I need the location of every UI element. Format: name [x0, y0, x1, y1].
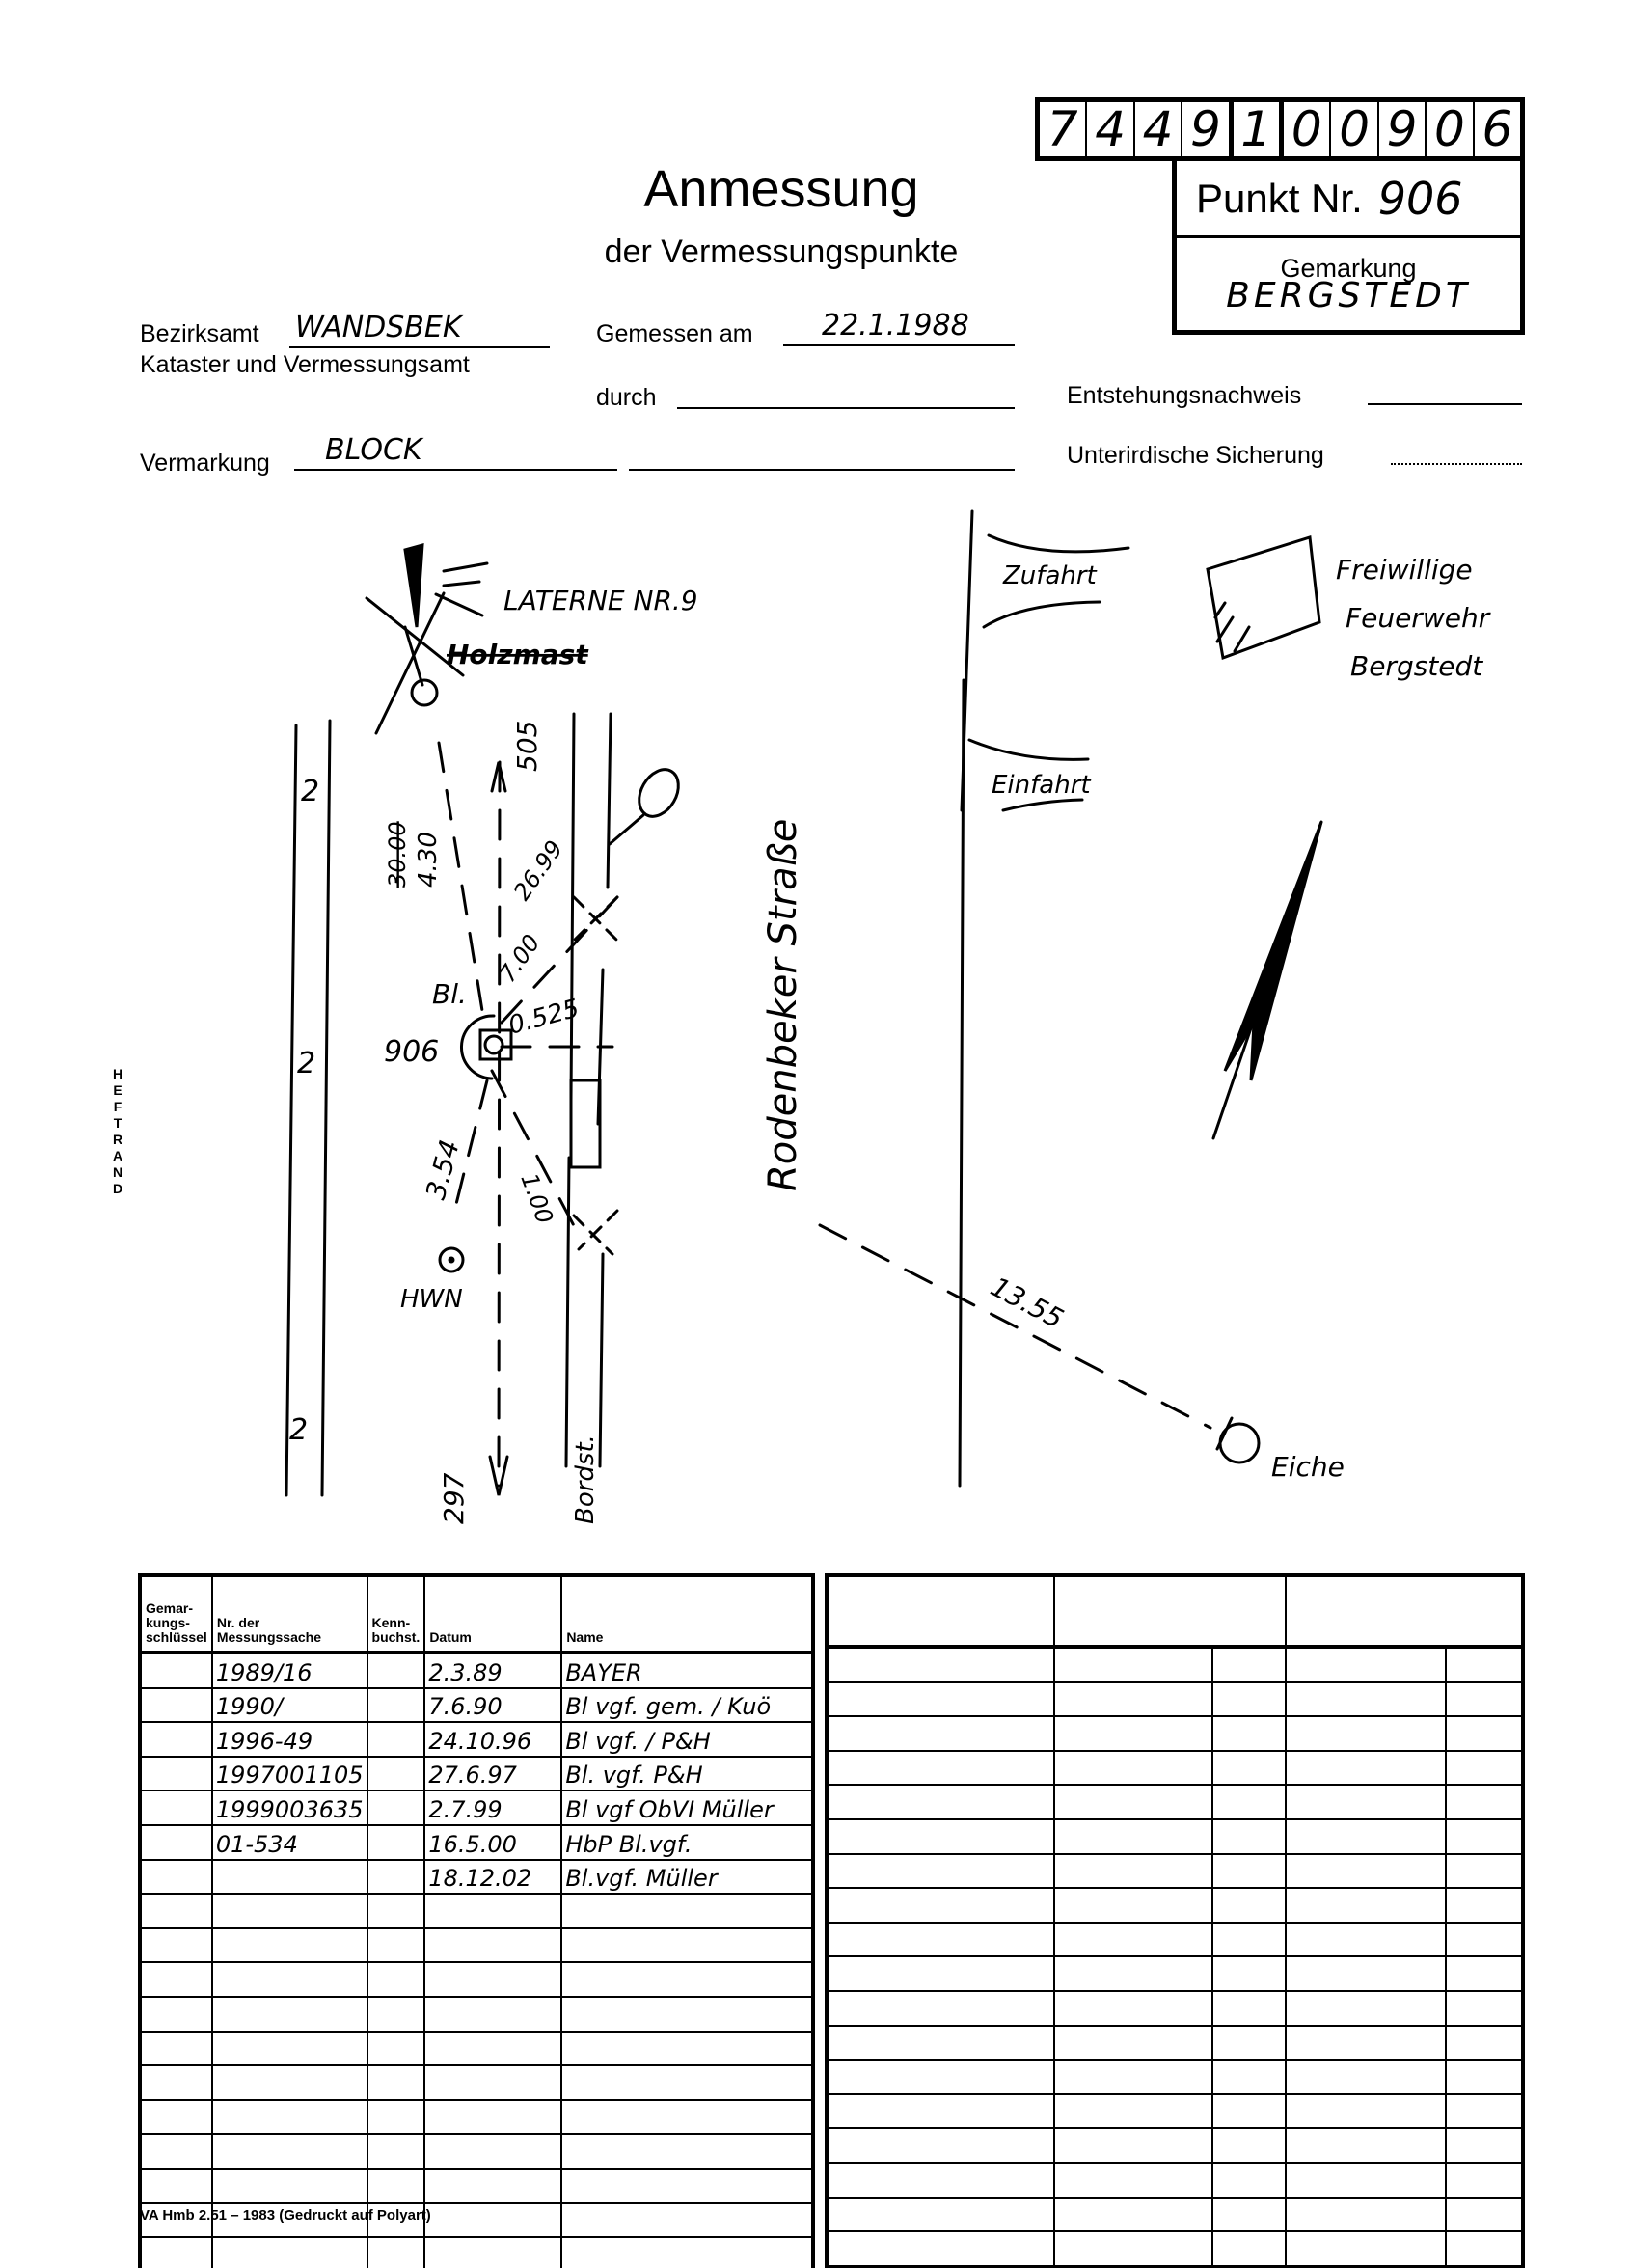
column-header: Kenn-buchst.: [367, 1575, 425, 1653]
table-cell[interactable]: [424, 1894, 561, 1928]
curb-number: 2: [297, 1047, 315, 1080]
table-cell[interactable]: [827, 2026, 1054, 2061]
tree-symbol-icon: [631, 762, 686, 823]
table-cell[interactable]: [367, 1997, 425, 2032]
table-cell[interactable]: [1054, 1956, 1212, 1991]
column-header: Name: [561, 1575, 813, 1653]
table-cell[interactable]: [827, 2128, 1054, 2163]
table-row: [140, 2237, 813, 2268]
table-cell[interactable]: [1212, 1956, 1286, 1991]
distance-lamp-struck: 30.00: [384, 821, 411, 888]
table-cell[interactable]: [561, 2134, 813, 2169]
feuerwehr-label-1: Freiwillige: [1336, 554, 1473, 586]
table-cell[interactable]: 1990/: [212, 1688, 367, 1723]
table-cell[interactable]: [827, 2094, 1054, 2129]
table-cell[interactable]: [561, 2203, 813, 2238]
table-cell[interactable]: [1212, 2128, 1286, 2163]
table-cell[interactable]: [140, 2134, 212, 2169]
table-cell[interactable]: [367, 1825, 425, 1860]
table-cell[interactable]: [1054, 2231, 1212, 2267]
table-cell[interactable]: [561, 2100, 813, 2135]
table-cell[interactable]: [1286, 1854, 1446, 1889]
table-cell[interactable]: [140, 2237, 212, 2268]
table-cell[interactable]: [1446, 1923, 1523, 1957]
table-cell[interactable]: [212, 1997, 367, 2032]
table-cell[interactable]: 01-534: [212, 1825, 367, 1860]
table-cell[interactable]: [1054, 1819, 1212, 1854]
table-cell[interactable]: [1446, 2163, 1523, 2198]
table-cell[interactable]: 24.10.96: [424, 1722, 561, 1757]
header-cell: [1054, 1575, 1286, 1647]
table-cell[interactable]: [212, 2237, 367, 2268]
table-cell[interactable]: [367, 1790, 425, 1825]
table-cell[interactable]: [1212, 1682, 1286, 1717]
table-cell[interactable]: [1054, 2026, 1212, 2061]
supplementary-table-header: [827, 1575, 1523, 1647]
table-row: [140, 2169, 813, 2203]
table-cell[interactable]: [561, 1894, 813, 1928]
table-cell[interactable]: BAYER: [561, 1653, 813, 1688]
zufahrt-label: Zufahrt: [1002, 561, 1098, 590]
driveway-curve: [989, 535, 1128, 552]
table-row: [827, 1923, 1523, 1957]
curb-number: 2: [289, 1413, 308, 1447]
north-arrow-icon: [1213, 822, 1321, 1138]
table-cell[interactable]: [1446, 2060, 1523, 2094]
table-cell[interactable]: [1212, 1647, 1286, 1682]
table-row: [140, 1962, 813, 1997]
table-cell[interactable]: [424, 1928, 561, 1963]
curb-number: 2: [301, 775, 319, 808]
table-cell[interactable]: [1286, 1785, 1446, 1819]
table-cell[interactable]: [827, 2198, 1054, 2232]
table-row: 1990/7.6.90Bl vgf. gem. / Kuö: [140, 1688, 813, 1723]
table-row: [827, 2060, 1523, 2094]
table-cell[interactable]: [827, 1647, 1054, 1682]
table-cell[interactable]: Bl. vgf. P&H: [561, 1757, 813, 1791]
table-cell[interactable]: [1286, 1888, 1446, 1923]
bordstein-label: Bordst.: [571, 1435, 600, 1524]
hwn-label: HWN: [400, 1285, 463, 1314]
table-cell[interactable]: [1212, 1716, 1286, 1751]
table-cell[interactable]: [367, 1860, 425, 1895]
table-cell[interactable]: 18.12.02: [424, 1860, 561, 1895]
table-cell[interactable]: [1054, 1991, 1212, 2026]
table-cell[interactable]: [1286, 2060, 1446, 2094]
table-row: [827, 1991, 1523, 2026]
history-table: Gemar-kungs-schlüsselNr. derMessungssach…: [138, 1573, 815, 2268]
table-cell[interactable]: [424, 2100, 561, 2135]
table-cell[interactable]: [1212, 2231, 1286, 2267]
table-cell[interactable]: [424, 2134, 561, 2169]
table-cell[interactable]: [1054, 1923, 1212, 1957]
table-cell[interactable]: [1286, 2163, 1446, 2198]
distance-diag-mid: 7.00: [494, 930, 546, 988]
table-cell[interactable]: [212, 1962, 367, 1997]
table-cell[interactable]: [1286, 2026, 1446, 2061]
table-cell[interactable]: [1446, 1956, 1523, 1991]
table-cell[interactable]: [1286, 1716, 1446, 1751]
table-cell[interactable]: [367, 2134, 425, 2169]
history-table-header: Gemar-kungs-schlüsselNr. derMessungssach…: [140, 1575, 813, 1653]
table-cell[interactable]: [424, 2203, 561, 2238]
table-cell[interactable]: [827, 1819, 1054, 1854]
column-header: Gemar-kungs-schlüssel: [140, 1575, 212, 1653]
table-cell[interactable]: [424, 2169, 561, 2203]
table-row: [827, 2163, 1523, 2198]
distance-north: 505: [511, 721, 543, 772]
table-cell[interactable]: [1054, 1682, 1212, 1717]
table-cell[interactable]: [140, 1894, 212, 1928]
table-cell[interactable]: 16.5.00: [424, 1825, 561, 1860]
table-cell[interactable]: [140, 1860, 212, 1895]
table-row: [140, 2134, 813, 2169]
table-cell[interactable]: Bl.vgf. Müller: [561, 1860, 813, 1895]
table-cell[interactable]: [140, 1653, 212, 1688]
table-cell[interactable]: [1446, 1991, 1523, 2026]
distance-diag-lower: 1.00: [515, 1169, 558, 1227]
table-cell[interactable]: [1446, 1785, 1523, 1819]
table-cell[interactable]: 1999003635: [212, 1790, 367, 1825]
table-cell[interactable]: [1286, 1923, 1446, 1957]
survey-sketch: 2 2 2 LATERNE NR.9 Holzmast: [0, 0, 1631, 1563]
table-row: 19990036352.7.99Bl vgf ObVI Müller: [140, 1790, 813, 1825]
holzmast-label: Holzmast: [447, 639, 589, 670]
table-row: [827, 2094, 1523, 2129]
table-row: [140, 1928, 813, 1963]
table-cell[interactable]: [140, 1997, 212, 2032]
table-row: 1989/162.3.89BAYER: [140, 1653, 813, 1688]
table-cell[interactable]: [1054, 2163, 1212, 2198]
table-cell[interactable]: [1212, 2198, 1286, 2232]
table-cell[interactable]: [1054, 1785, 1212, 1819]
table-cell[interactable]: [140, 2100, 212, 2135]
table-cell[interactable]: [140, 1757, 212, 1791]
table-cell[interactable]: [1054, 2128, 1212, 2163]
table-cell[interactable]: [1446, 1819, 1523, 1854]
table-row: 1996-4924.10.96Bl vgf. / P&H: [140, 1722, 813, 1757]
table-cell[interactable]: Bl vgf. / P&H: [561, 1722, 813, 1757]
table-cell[interactable]: [1286, 2094, 1446, 2129]
crossing-markers: [574, 897, 617, 1254]
fire-station-building-icon: [1208, 537, 1319, 658]
table-cell[interactable]: 1996-49: [212, 1722, 367, 1757]
table-cell[interactable]: [1212, 1751, 1286, 1786]
table-row: [827, 2128, 1523, 2163]
table-cell[interactable]: [827, 1751, 1054, 1786]
table-cell[interactable]: [367, 1928, 425, 1963]
table-cell[interactable]: [1212, 2060, 1286, 2094]
table-cell[interactable]: [1286, 1819, 1446, 1854]
table-cell[interactable]: [367, 1653, 425, 1688]
table-cell[interactable]: [212, 1894, 367, 1928]
distance-diag-upper: 26.99: [508, 835, 568, 905]
driveway-curve: [984, 602, 1100, 627]
table-cell[interactable]: [1212, 1785, 1286, 1819]
distance-to-oak: 13.55: [986, 1271, 1069, 1335]
table-cell[interactable]: [561, 1997, 813, 2032]
table-cell[interactable]: 1989/16: [212, 1653, 367, 1688]
table-row: [827, 1888, 1523, 1923]
table-cell[interactable]: [827, 1716, 1054, 1751]
table-cell[interactable]: [367, 1722, 425, 1757]
table-cell[interactable]: [561, 1962, 813, 1997]
table-cell[interactable]: [561, 2169, 813, 2203]
table-cell[interactable]: [1286, 2231, 1446, 2267]
column-header: Nr. derMessungssache: [212, 1575, 367, 1653]
table-cell[interactable]: [424, 1997, 561, 2032]
distance-lamp: 4.30: [414, 832, 443, 888]
table-cell[interactable]: [424, 2237, 561, 2268]
driveway-curve: [1003, 800, 1082, 810]
table-cell[interactable]: [367, 1894, 425, 1928]
table-cell[interactable]: [827, 1923, 1054, 1957]
table-cell[interactable]: [212, 2169, 367, 2203]
table-row: [827, 1647, 1523, 1682]
table-cell[interactable]: [212, 2100, 367, 2135]
table-row: 199700110527.6.97Bl. vgf. P&H: [140, 1757, 813, 1791]
table-cell[interactable]: [367, 2065, 425, 2100]
table-cell[interactable]: [1446, 2231, 1523, 2267]
eiche-label: Eiche: [1271, 1451, 1345, 1483]
table-cell[interactable]: [140, 2169, 212, 2203]
table-cell[interactable]: [1446, 1647, 1523, 1682]
table-cell[interactable]: [140, 2032, 212, 2066]
point-number-label: 906: [384, 1035, 439, 1069]
table-row: [827, 1716, 1523, 1751]
curb-block-icon: [571, 1080, 600, 1167]
einfahrt-label: Einfahrt: [992, 771, 1091, 800]
table-cell[interactable]: [424, 1962, 561, 1997]
table-row: [827, 1956, 1523, 1991]
laterne-label: LATERNE NR.9: [503, 585, 698, 616]
table-cell[interactable]: [1446, 1682, 1523, 1717]
table-cell[interactable]: [367, 2169, 425, 2203]
table-cell[interactable]: [827, 1854, 1054, 1889]
table-row: [827, 1682, 1523, 1717]
table-cell[interactable]: [1212, 2094, 1286, 2129]
table-cell[interactable]: [1446, 2026, 1523, 2061]
table-cell[interactable]: 1997001105: [212, 1757, 367, 1791]
table-cell[interactable]: [827, 1956, 1054, 1991]
block-abbreviation: Bl.: [432, 978, 467, 1010]
table-cell[interactable]: [212, 1860, 367, 1895]
table-cell[interactable]: [367, 1757, 425, 1791]
table-row: 01-53416.5.00HbP Bl.vgf.: [140, 1825, 813, 1860]
table-cell[interactable]: [827, 1991, 1054, 2026]
table-cell[interactable]: [1212, 1888, 1286, 1923]
table-row: [827, 1785, 1523, 1819]
table-cell[interactable]: [1286, 1956, 1446, 1991]
table-cell[interactable]: [1212, 1923, 1286, 1957]
table-cell[interactable]: [827, 1785, 1054, 1819]
table-cell[interactable]: [1286, 1751, 1446, 1786]
column-header: Datum: [424, 1575, 561, 1653]
table-cell[interactable]: [1286, 2128, 1446, 2163]
table-cell[interactable]: HbP Bl.vgf.: [561, 1825, 813, 1860]
table-cell[interactable]: 2.7.99: [424, 1790, 561, 1825]
table-cell[interactable]: [140, 1825, 212, 1860]
table-cell[interactable]: [212, 2134, 367, 2169]
feuerwehr-label-3: Bergstedt: [1350, 650, 1483, 682]
table-cell[interactable]: [561, 2065, 813, 2100]
table-cell[interactable]: [1446, 2094, 1523, 2129]
table-cell[interactable]: [424, 2065, 561, 2100]
table-cell[interactable]: [1446, 2128, 1523, 2163]
table-cell[interactable]: [1054, 2198, 1212, 2232]
supplementary-table: [825, 1573, 1525, 2268]
table-cell[interactable]: [1212, 2026, 1286, 2061]
table-cell[interactable]: [561, 1928, 813, 1963]
table-cell[interactable]: [140, 1790, 212, 1825]
table-cell[interactable]: Bl vgf. gem. / Kuö: [561, 1688, 813, 1723]
table-cell[interactable]: [1054, 1888, 1212, 1923]
table-cell[interactable]: [1286, 1647, 1446, 1682]
table-cell[interactable]: [1446, 1751, 1523, 1786]
table-cell[interactable]: [1054, 1751, 1212, 1786]
distance-south: 297: [438, 1472, 470, 1524]
table-row: [827, 2198, 1523, 2232]
header-cell: [827, 1575, 1054, 1647]
table-row: [140, 1997, 813, 2032]
table-cell[interactable]: [367, 2100, 425, 2135]
table-cell[interactable]: [140, 2065, 212, 2100]
table-cell[interactable]: [367, 1962, 425, 1997]
table-cell[interactable]: [1212, 2163, 1286, 2198]
street-name-label: Rodenbeker Straße: [761, 819, 805, 1191]
table-cell[interactable]: [1054, 2094, 1212, 2129]
table-cell[interactable]: [1446, 1854, 1523, 1889]
table-cell[interactable]: [827, 2231, 1054, 2267]
table-cell[interactable]: [1054, 1647, 1212, 1682]
table-cell[interactable]: [424, 2032, 561, 2066]
feuerwehr-label-2: Feuerwehr: [1346, 602, 1491, 634]
table-cell[interactable]: [1286, 2198, 1446, 2232]
table-cell[interactable]: [367, 2237, 425, 2268]
form-footer: VA Hmb 2.51 – 1983 (Gedruckt auf Polyart…: [140, 2207, 431, 2224]
table-row: [140, 2065, 813, 2100]
table-cell[interactable]: [827, 2060, 1054, 2094]
table-cell[interactable]: [827, 1682, 1054, 1717]
table-cell[interactable]: [827, 1888, 1054, 1923]
table-cell[interactable]: [561, 2237, 813, 2268]
table-row: [827, 1854, 1523, 1889]
table-cell[interactable]: [1054, 2060, 1212, 2094]
table-row: [140, 2100, 813, 2135]
driveway-curve: [969, 740, 1088, 759]
table-cell[interactable]: [212, 2032, 367, 2066]
table-cell[interactable]: [367, 2032, 425, 2066]
table-cell[interactable]: 27.6.97: [424, 1757, 561, 1791]
table-cell[interactable]: [140, 1722, 212, 1757]
table-row: [140, 1894, 813, 1928]
table-cell[interactable]: [1054, 1716, 1212, 1751]
table-cell[interactable]: [1054, 1854, 1212, 1889]
table-cell[interactable]: [1212, 1991, 1286, 2026]
table-cell[interactable]: 7.6.90: [424, 1688, 561, 1723]
table-cell[interactable]: [367, 1688, 425, 1723]
table-cell[interactable]: [827, 2163, 1054, 2198]
table-cell[interactable]: 2.3.89: [424, 1653, 561, 1688]
table-cell[interactable]: [1446, 1716, 1523, 1751]
table-cell[interactable]: [1212, 1854, 1286, 1889]
table-row: [827, 1819, 1523, 1854]
table-cell[interactable]: [212, 1928, 367, 1963]
table-cell[interactable]: [1286, 1991, 1446, 2026]
table-cell[interactable]: [1212, 1819, 1286, 1854]
table-cell[interactable]: [1446, 1888, 1523, 1923]
table-cell[interactable]: [140, 1962, 212, 1997]
table-cell[interactable]: [140, 1928, 212, 1963]
table-row: [140, 2032, 813, 2066]
table-cell[interactable]: [1446, 2198, 1523, 2232]
table-cell[interactable]: [140, 1688, 212, 1723]
table-cell[interactable]: [561, 2032, 813, 2066]
table-cell[interactable]: Bl vgf ObVI Müller: [561, 1790, 813, 1825]
table-cell[interactable]: [1286, 1682, 1446, 1717]
table-row: [827, 1751, 1523, 1786]
hydrant-center: [449, 1258, 453, 1262]
table-row: [827, 2231, 1523, 2267]
table-row: [827, 2026, 1523, 2061]
table-cell[interactable]: [212, 2065, 367, 2100]
header-cell: [1286, 1575, 1523, 1647]
table-row: 18.12.02Bl.vgf. Müller: [140, 1860, 813, 1895]
curb-lines: [286, 721, 330, 1495]
